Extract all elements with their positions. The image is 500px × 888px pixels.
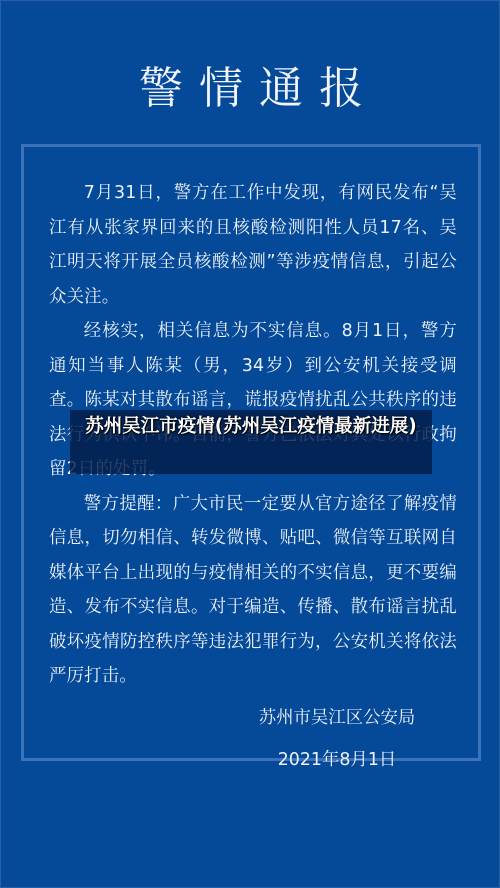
notice-paragraph-discovery: 7月31日，警方在工作中发现，有网民发布“吴江有从张家界回来的且核酸检测阳性人员… bbox=[49, 176, 457, 314]
issuer-signature: 苏州市吴江区公安局 bbox=[227, 703, 447, 728]
notice-title: 警情通报 bbox=[1, 63, 500, 115]
caption-overlay-title: 苏州吴江市疫情(苏州吴江疫情最新进展) bbox=[70, 413, 432, 440]
police-notice-poster: 警情通报 7月31日，警方在工作中发现，有网民发布“吴江有从张家界回来的且核酸检… bbox=[0, 0, 500, 888]
notice-paragraph-reminder: 警方提醒：广大市民一定要从官方途径了解疫情信息，切勿相信、转发微博、贴吧、微信等… bbox=[49, 487, 457, 694]
issue-date: 2021年8月1日 bbox=[227, 745, 447, 770]
